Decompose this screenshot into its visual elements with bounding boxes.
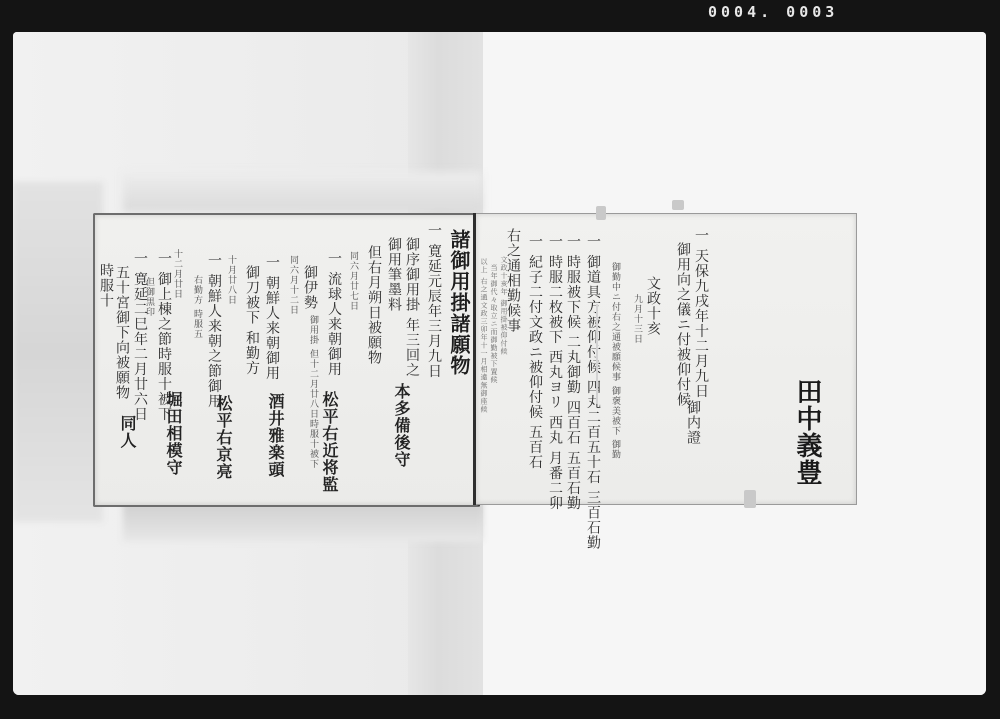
entry-text: 一 時服二枚被下 西丸ヨリ 西丸 月番二卯	[548, 234, 562, 511]
page-tear	[596, 206, 606, 220]
entry-text: 御序御用掛 年三回之	[405, 237, 419, 377]
entry-text: 御刀被下 和勤方	[245, 265, 259, 375]
entry-text: 一 寛延二巳年二月廿六日	[133, 251, 147, 421]
entry-text: 一 寛延元辰年三月九日	[427, 223, 441, 378]
entry-date: 九月十三日	[632, 294, 641, 344]
entry-text: 五十宮御下向被願物	[115, 265, 129, 400]
entry-text: 但右月朔日被願物	[367, 245, 381, 365]
book-shadow-left	[13, 182, 103, 522]
entry-text: 時服十	[99, 263, 113, 308]
left-page-title: 諸御用掛諸願物	[449, 229, 469, 376]
microfilm-frame: 諸御用掛諸願物 一 寛延元辰年三月九日 御序御用掛 年三回之 御用筆墨料 但右月…	[13, 32, 986, 695]
signatory: 松平右近将監	[321, 391, 337, 493]
signatory: 同人	[119, 415, 135, 449]
left-page: 諸御用掛諸願物 一 寛延元辰年三月九日 御序御用掛 年三回之 御用筆墨料 但右月…	[93, 213, 480, 507]
entry-note: 右勤方 時服五	[192, 275, 201, 339]
entry-date: 同六月十二日	[288, 255, 297, 315]
entry-date: 文政十亥	[646, 276, 660, 336]
entry-date: 同六月廿七日	[348, 251, 357, 311]
entry-text: 一 流球人来朝御用	[327, 251, 341, 376]
entry-text: 御用向之儀ニ付被仰付候	[676, 242, 690, 407]
entry-text: 御用筆墨料	[387, 237, 401, 312]
entry-date: 十月廿八日	[226, 255, 235, 305]
owner-name: 田中義豊	[794, 378, 820, 486]
entry-note: 御用掛 但十二月廿八日時服十被下	[308, 315, 317, 469]
entry-text: 一 紀子二付文政ニ被仰付候 五百石	[528, 234, 542, 470]
entry-text: 一 時服被下候 二丸御勤 四百石 五百石勤	[566, 234, 580, 511]
entry-text: 一 朝鮮人来朝之節御用	[207, 253, 221, 408]
signatory: 堀田相模守	[165, 391, 181, 476]
book-shadow-bottom	[123, 502, 483, 542]
entry-text: 一 朝鮮人来朝御用	[265, 255, 279, 380]
signatory: 松平右京亮	[215, 395, 231, 480]
entry-text: 一 天保九戌年十二月九日	[694, 228, 708, 398]
page-tear	[744, 490, 756, 508]
entry-text: 右之通相勤候事	[506, 228, 520, 333]
book-shadow-top	[123, 172, 483, 212]
entry-text: 御勤中ニ付右之通被願候事 御褒美被下 御勤	[610, 262, 619, 460]
faint-note: 当年御代々取立ニ而御勤被下置候	[490, 264, 497, 384]
right-page: 一 天保九戌年十二月九日 御用向之儀ニ付被仰付候 御内證 文政十亥 九月十三日 …	[476, 213, 857, 505]
signatory: 酒井雅楽頭	[267, 393, 283, 478]
entry-date: 十二月廿日	[172, 249, 181, 299]
microfilm-frame-number: 0004. 0003	[708, 3, 838, 21]
faint-note: 文政十亥年 御用掛被仰付候	[500, 256, 507, 355]
signatory: 本多備後守	[393, 383, 409, 468]
paper-crease	[596, 304, 598, 404]
faint-note: 以上 右之通文政三卯年十一月相違無御座候	[480, 258, 487, 413]
entry-text: 御伊勢	[303, 265, 317, 310]
page-tear	[672, 200, 684, 210]
entry-text: 御内證	[686, 400, 700, 445]
